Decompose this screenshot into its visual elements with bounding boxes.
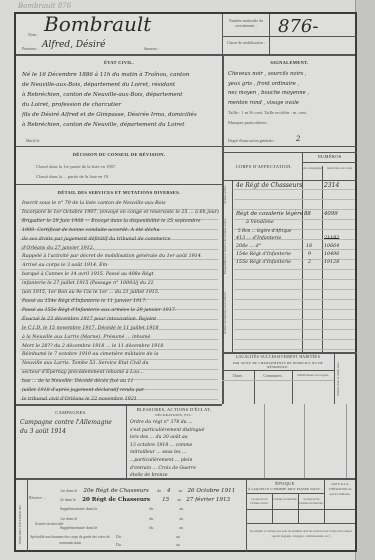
revision-line-1: Classé dans la 1re partie de la liste en… (36, 164, 116, 169)
blessure-line: d'entrain ... Croix de Guerre (130, 465, 204, 473)
blessures-text: Ordre du régt n° 378 du ... s'est partic… (130, 419, 204, 480)
service-line: Passé au 154e Régt d'Infanterie le 11 ja… (22, 298, 220, 307)
affectation-matricule: 10664 (324, 244, 339, 249)
affectation-matricule: 10496 (324, 252, 339, 257)
revision-title: DÉCISION DU CONSEIL DE RÉVISION. (16, 152, 222, 157)
epoque-subtitle: À LAQUELLE L'HOMME DOIT PASSER DANS : (246, 487, 324, 491)
given-names: Alfred, Désiré (42, 40, 106, 50)
blessure-line: s'est particulièrement distingué (130, 427, 204, 435)
scanned-page: Bombrault 876 Nom : Bombrault Prénoms : … (0, 0, 375, 560)
page-edge (355, 0, 375, 560)
instruction-value: 2 (296, 135, 300, 143)
signalement-title: SIGNALEMENT. (222, 60, 357, 65)
date-liberation-title: DATE de LA LIBÉRATION du service militai… (325, 482, 355, 497)
service-line: juin 1915, 1er Bon au 9e Cie le 1er ... … (22, 289, 220, 298)
service-line: Réinhumé le 7 octobre 1919 au cimetière … (22, 351, 220, 360)
blessures-title: BLESSURES, ACTIONS D'ÉCLAT, (126, 407, 222, 412)
signalement-line: menton rond , visage ovale (228, 99, 354, 109)
epoque-title: ÉPOQUE (246, 481, 324, 486)
signalement-line: Marques particulières : (228, 118, 354, 128)
etat-civil-line: de Neuville-aux-Bois, département du Loi… (22, 80, 218, 90)
affectation-corps: à Vendôme (246, 219, 274, 225)
nom-label: Nom : (28, 32, 38, 37)
surname: Bombrault (44, 12, 151, 36)
etat-civil-block: Né le 16 Décembre 1886 à 11h du matin à … (22, 70, 218, 130)
service-line: le C.I.D. le 15 novembre 1917. Décédé le… (22, 325, 220, 334)
affectation-compagnie: 2 (308, 260, 311, 265)
footnote: Ne remplir ce tableau que pour les homme… (250, 529, 352, 539)
service-line: Rappelé à l'activité par décret de mobil… (22, 253, 220, 262)
etat-civil-line: Né le 16 Décembre 1886 à 11h du matin à … (22, 70, 218, 80)
services-block: Inscrit sous le n° 79 de la liste canton… (22, 200, 220, 405)
blessures-subtitle: DÉCORATIONS, ETC. (126, 413, 222, 417)
classe-label: Classe de mobilisation : (225, 40, 267, 45)
surnom-label: Surnom : (144, 46, 159, 51)
blessure-line: mitrailleur ... sous les ... (130, 449, 204, 457)
affectation-matricule: 2314 (324, 182, 339, 189)
service-line: Mort le 28?? du 2 décembre 1918 ... le 1… (22, 343, 220, 352)
col-matricule: matricule au corps (323, 166, 356, 170)
matricule-number: 876- (278, 16, 318, 37)
affectation-corps: 5 Bon ... légère d'Afrique (238, 228, 291, 233)
affectation-matricule: 21192 (324, 236, 339, 241)
special-du-1: Du (116, 534, 121, 539)
periode-row: Supplémentaire dans le du au (60, 504, 183, 513)
service-line: Évacué le 23 décembre 1917 pour intoxica… (22, 316, 220, 325)
affectation-corps: Régt de cavalerie légère (236, 211, 303, 217)
affectation-matricule: 4099 (324, 211, 338, 217)
etat-civil-line: à Rebréchien, canton de Neuville-aux-Boi… (22, 90, 218, 100)
periodes-side-label: PÉRIODES D'EXERCICES. (18, 484, 26, 544)
localites-title: LOCALITÉS SUCCESSIVEMENT HABITÉES (222, 355, 334, 359)
signalement-line: Cheveux noir , sourcils noirs , (228, 70, 354, 80)
service-line: secteur d'Épernay précédemment inhumé à … (22, 369, 220, 378)
affectation-compagnie: 88 (304, 211, 311, 217)
col-communes: Communes. (254, 373, 292, 378)
matricule-label: Numéro matricule du recrutement : (225, 18, 267, 28)
services-title: DÉTAIL DES SERVICES ET MUTATIONS DIVERSE… (16, 190, 222, 195)
col-reserve-active: la réserve de l'armée active. (247, 497, 272, 505)
military-register-card: Nom : Bombrault Prénoms : Alfred, Désiré… (14, 12, 357, 552)
numeros-title: NUMÉROS (302, 154, 357, 159)
special-du-2: Du (116, 542, 121, 547)
etat-civil-line: du Loiret, profession de charcutier (22, 100, 218, 110)
etat-civil-line: fils de Désiré Alfred et de Gimpasse, Dé… (22, 110, 218, 120)
blessure-line: 13 octobre 1918 ... comme (130, 442, 204, 450)
service-line: Incorporé le 1er Octobre 1907, (envoyé e… (22, 209, 220, 218)
service-line: barqué à Cannes le 14 avril 1915. Passé … (22, 271, 220, 280)
campagne-line: Campagne contre l'Allemagne (20, 418, 112, 427)
affectation-compagnie: 9 (308, 252, 311, 257)
service-line: bas ... de la Neuville. Décédé décès fix… (22, 378, 220, 387)
signalement-line: Taille : 1 m 56 cent. Taille rectifiée :… (228, 108, 354, 118)
affectation-title: CORPS D'AFFECTATION. (226, 164, 302, 169)
affectation-corps: 208e ... d° (236, 244, 261, 249)
side-label-active: Armée active. (223, 184, 231, 204)
service-line: juillet 1918 d'après jugement déclaratif… (22, 387, 220, 396)
affectation-corps: 4e Régt de Chasseurs (236, 182, 302, 189)
service-line: à la Neuville aux Larris (Marne). Présum… (22, 334, 220, 343)
service-line: Passé au 155e Régt d'Infanterie aux armé… (22, 307, 220, 316)
service-line: Arrivé au corps le 3 août 1914. Em- (22, 262, 220, 271)
affectation-corps: 155e Régt d'Infanterie (236, 260, 291, 265)
side-label-reserve: Disponibilité et réserve de l'armée acti… (223, 214, 231, 274)
pencil-annotation: Bombrault 876 (18, 2, 71, 10)
affectation-corps: 413 ... d'Infanterie (236, 236, 281, 241)
campagnes-title: CAMPAGNES. (16, 410, 126, 415)
service-line: infanterie le 27 juillet 1915 (Passage n… (22, 280, 220, 289)
service-line: Inscrit sous le n° 79 de la liste canton… (22, 200, 220, 209)
special-au-1: au (176, 534, 180, 539)
service-line: de ses droits par jugement définitif du … (22, 236, 220, 245)
periode-row: 1re dans le du au (60, 514, 183, 523)
reserve-label: Réserve ... (29, 495, 46, 500)
affectation-matricule: 19128 (324, 260, 339, 265)
blessure-line: lors des ... du 30 août au (130, 434, 204, 442)
affectation-corps: 154e Régt d'Infanterie (236, 252, 291, 257)
periode-row: 2e dans le 20 Régt de Chasseurs 15 au 27… (60, 495, 230, 504)
prenoms-label: Prénoms : (22, 46, 38, 51)
col-dates: Dates. (222, 373, 254, 378)
signalement-block: Cheveux noir , sourcils noirs , yeux gri… (228, 70, 354, 127)
revision-line-2: Classé dans la ... partie de la liste en… (36, 174, 108, 179)
blessure-line: ...particulièrement ... plein (130, 457, 204, 465)
localites-side: Numéro dans la subdivision. (336, 356, 344, 396)
service-line: Neuville aux Larris. Tombe 53. Service E… (22, 360, 220, 369)
service-line: 1909. Certificat de bonne conduite accor… (22, 227, 220, 236)
affectation-compagnie: 18 (306, 244, 312, 249)
service-line: Brigadier le 29 Juin 1908 — Envoyé dans … (22, 218, 220, 227)
localites-subtitle: PAR SUITE DE CHANGEMENTS DE DOMICILE OU … (222, 361, 334, 369)
service-line: d'Orléans du 27 janvier 1912. (22, 245, 220, 254)
marie-label: Marié le (26, 138, 39, 143)
signalement-line: nez moyen , bouche moyenne , (228, 89, 354, 99)
campagne-line: du 3 août 1914 (20, 427, 112, 436)
periode-row: 1re dans le 20e Régt de Chasseurs du 4 a… (60, 486, 235, 495)
signalement-line: yeux gris , front ordinaire , (228, 80, 354, 90)
col-compagnie: de compagnie (303, 166, 322, 170)
special-label: Spécialité aux hommes des corps de garde… (30, 534, 110, 546)
etat-civil-title: ÉTAT CIVIL. (16, 60, 222, 65)
instruction-label: Degré d'instruction générale : (228, 138, 275, 143)
side-label-territoriale: Armée territoriale et sa réserve. (223, 284, 231, 334)
special-au-2: au (176, 542, 180, 547)
col-armee-territoriale: l'armée territoriale. (273, 497, 298, 501)
periode-row: Supplémentaire dans le du au (60, 523, 183, 532)
campagnes-text: Campagne contre l'Allemagne du 3 août 19… (20, 418, 112, 436)
etat-civil-line: à Rebréchien, canton de Neuville, départ… (22, 120, 218, 130)
blessure-line: Ordre du régt n° 378 du ... (130, 419, 204, 427)
col-subdivisions: Subdivisions de région. (292, 373, 334, 377)
col-reserve-territoriale: la réserve de l'armée territoriale. (299, 497, 324, 505)
